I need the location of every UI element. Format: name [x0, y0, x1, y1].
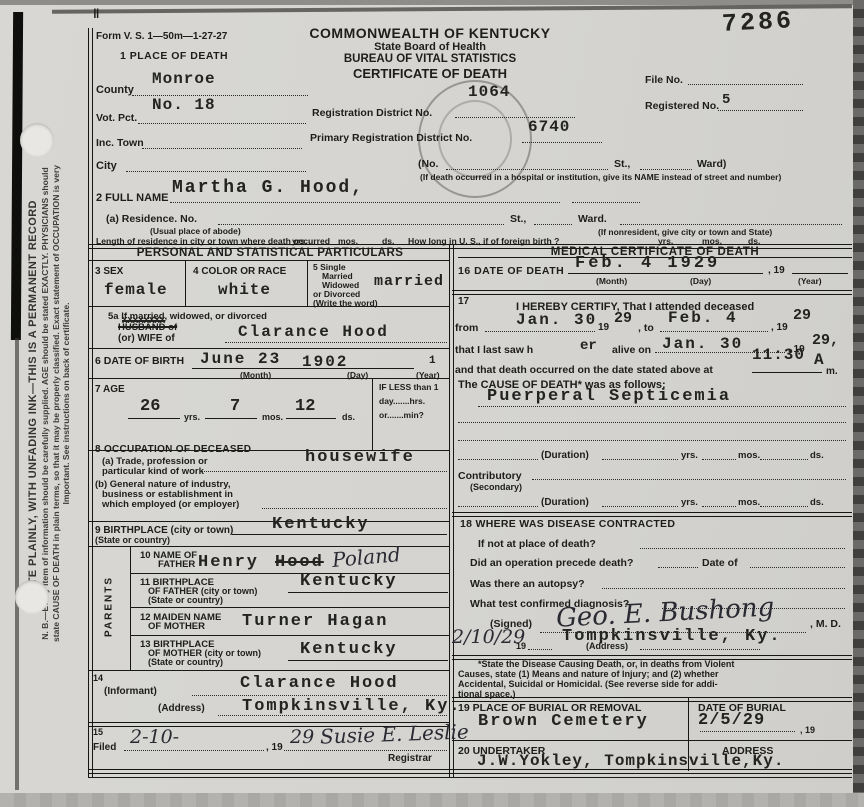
scan-bottom-edge: [0, 793, 864, 807]
informant-address-value: Tompkinsville, Ky.: [242, 697, 462, 716]
duration-ds-label: ds.: [810, 450, 824, 461]
md-label: , M. D.: [810, 618, 841, 630]
spouse-line: [225, 342, 447, 343]
contributory-label: Contributory: [458, 470, 522, 482]
last-saw-year-value: 29,: [812, 332, 839, 349]
cause-line-2: [458, 422, 846, 423]
filed-date-line: [124, 750, 264, 751]
margin-note-2: state CAUSE OF DEATH in plain terms, so …: [51, 0, 62, 807]
question-3-line: [602, 588, 845, 589]
parents-cell-divider: [130, 546, 131, 670]
from-label: from: [455, 322, 478, 334]
wife-of-label: (or) WIFE of: [118, 333, 175, 344]
parents-vertical-label: PARENTS: [104, 552, 115, 662]
duration2-lead-line: [458, 506, 538, 507]
mother-bp-line: [288, 660, 448, 661]
last-saw-er: er: [580, 338, 597, 354]
mother-maiden-label-2: OF MOTHER: [148, 621, 205, 632]
filed-year-handwritten: 29: [290, 726, 314, 748]
primary-reg-value: 6740: [528, 118, 570, 136]
burial-date-line: [700, 731, 795, 732]
scan-right-edge: [853, 0, 864, 807]
spouse-value: Clarance Hood: [238, 323, 389, 341]
occupation-value: housewife: [305, 448, 415, 467]
parents-rule-3: [130, 635, 450, 636]
city-no-label: (No.: [418, 158, 438, 170]
dod-year-line: [792, 273, 848, 274]
death-time-ampm: A: [814, 351, 824, 369]
age-years-value: 26: [140, 397, 160, 416]
birthplace-line: [232, 534, 447, 535]
footnote-line-1: *State the Disease Causing Death, or, in…: [478, 659, 734, 669]
residence-st-label: St.,: [510, 213, 526, 225]
marital-value: married: [374, 273, 444, 290]
dob-month-day: June 23: [200, 350, 281, 368]
margin-note-3: Important. See instructions on back of c…: [61, 0, 72, 807]
signed-19-line: [528, 649, 552, 650]
vot-pct-label: Vot. Pct.: [96, 112, 137, 124]
margin-note-1: N. B.—Every item of information should b…: [40, 0, 51, 807]
father-bp-value: Kentucky: [300, 572, 398, 591]
occupation-label: 8 OCCUPATION OF DECEASED: [95, 444, 251, 455]
from-value: Jan. 30: [516, 311, 597, 329]
duration2-yrs-line: [602, 506, 678, 507]
certificate-stamp-number: 7286: [721, 6, 794, 39]
city-label: City: [96, 160, 117, 172]
question-operation: Did an operation precede death?: [470, 557, 633, 569]
age-months-value: 7: [230, 397, 240, 416]
duration2-mos-label: mos.: [738, 497, 760, 508]
parents-rule-2: [130, 607, 450, 608]
rule-burial-undertaker: [452, 740, 852, 741]
mother-maiden-value: Turner Hagan: [242, 612, 388, 631]
county-label: County: [96, 84, 134, 96]
rule-below-5a: [88, 348, 450, 349]
dob-line: [192, 368, 414, 369]
residence-ward-label: Ward.: [578, 213, 607, 225]
duration-mos-line: [702, 459, 736, 460]
filed-label: Filed: [93, 742, 116, 753]
footnote-line-3: Accidental, Suicidal or Homicidal. (See …: [458, 679, 718, 689]
sex-color-divider: [185, 260, 186, 306]
last-saw-label-1: that I last saw h: [455, 344, 533, 356]
hospital-note: (If death occurred in a hospital or inst…: [420, 172, 781, 182]
cause-line-3: [458, 440, 846, 441]
age-ds-label: ds.: [342, 412, 355, 422]
sex-value: female: [104, 281, 168, 299]
rule-below-sex-row: [88, 306, 450, 307]
residence-label: (a) Residence. No.: [106, 213, 197, 225]
full-name-line2: [572, 202, 640, 203]
to-label: , to: [638, 322, 654, 334]
form-bottom-rule-2: [88, 777, 852, 778]
burial-19-label: , 19: [800, 725, 815, 735]
city-st-line: [640, 169, 692, 170]
dod-line: [568, 273, 763, 274]
question-autopsy: Was there an autopsy?: [470, 578, 585, 590]
dod-month-label: (Month): [596, 276, 627, 286]
if-less-line-2: day.......hrs.: [379, 396, 425, 406]
filed-19-label: , 19: [266, 742, 283, 753]
color-race-value: white: [218, 281, 271, 299]
personal-section-title: PERSONAL AND STATISTICAL PARTICULARS: [96, 247, 444, 259]
if-less-line-1: IF LESS than 1: [379, 382, 439, 392]
age-mos-line: [205, 418, 257, 419]
father-bp-line: [288, 592, 448, 593]
cause-of-death-value: Puerperal Septicemia: [487, 387, 731, 406]
rule-below-parents: [88, 670, 450, 671]
death-time-value: 11:30: [752, 346, 805, 364]
dod-value: Feb. 4 1929: [575, 254, 720, 273]
secondary-label: (Secondary): [470, 482, 522, 492]
form-left-border: [88, 28, 93, 778]
duration-yrs-line: [602, 459, 678, 460]
commonwealth-title: COMMONWEALTH OF KENTUCKY: [270, 25, 590, 41]
left-margin-instructions: WRITE PLAINLY, WITH UNFADING INK—THIS IS…: [22, 0, 88, 807]
informant-address-label: (Address): [158, 703, 205, 714]
age-mos-label: mos.: [262, 412, 283, 422]
dod-year-label: (Year): [798, 276, 822, 286]
occupation-b3: which employed (or employer): [102, 499, 239, 510]
death-certificate-scan: WRITE PLAINLY, WITH UNFADING INK—THIS IS…: [0, 0, 864, 807]
to-19-label: , 19: [771, 322, 788, 333]
physician-address-label: (Address): [586, 641, 628, 651]
dod-day-label: (Day): [690, 276, 711, 286]
date-of-line: [750, 567, 845, 568]
filed-number: 15: [93, 727, 103, 737]
occupation-a2: particular kind of work: [102, 466, 204, 477]
left-title-rule: [88, 260, 450, 261]
vot-pct-value: No. 18: [152, 96, 216, 114]
duration2-label: (Duration): [541, 497, 589, 508]
death-occurred-label: and that death occurred on the date stat…: [455, 364, 713, 376]
contributory-line: [532, 479, 846, 480]
footnote-line-2: Causes, state (1) Means and nature of In…: [458, 669, 719, 679]
dob-year-label: (Year): [416, 370, 440, 380]
burial-date-value: 2/5/29: [698, 711, 765, 730]
to-year-value: 29: [793, 307, 811, 324]
burial-place-value: Brown Cemetery: [478, 712, 649, 731]
duration2-ds-label: ds.: [810, 497, 824, 508]
top-mark: ‖: [93, 6, 99, 21]
last-saw-label-2: alive on: [612, 344, 651, 356]
filed-date-handwritten: 2-10-: [130, 726, 179, 748]
duration2-mos-line: [702, 506, 736, 507]
informant-address-line: [218, 715, 447, 716]
informant-label: (Informant): [104, 686, 157, 697]
cause-line-1: [478, 406, 846, 407]
nonresident-note: (If nonresident, give city or town and S…: [598, 227, 772, 237]
disease-contracted-label: 18 WHERE WAS DISEASE CONTRACTED: [460, 518, 675, 530]
age-days-value: 12: [295, 397, 315, 416]
age-ifless-divider: [372, 378, 373, 450]
question-2-line: [658, 567, 698, 568]
city-line: [126, 171, 306, 172]
occupation-b-line: [262, 508, 447, 509]
inc-town-label: Inc. Town: [96, 137, 144, 149]
informant-number: 14: [93, 673, 103, 683]
last-saw-value: Jan. 30: [662, 335, 743, 353]
father-name-label-2: FATHER: [158, 559, 195, 570]
rule-below-occupation: [88, 521, 450, 522]
informant-value: Clarance Hood: [240, 674, 399, 693]
city-st-label: St.,: [614, 158, 630, 170]
mother-bp-label-3: (State or country): [148, 657, 223, 667]
residence-ward-line: [620, 224, 842, 225]
dob-day-label: (Day): [347, 370, 368, 380]
from-year-value: 29: [614, 310, 632, 327]
dob-tail: 1: [429, 355, 436, 367]
full-name-label: 2 FULL NAME: [96, 192, 169, 204]
death-time-m-label: m.: [826, 366, 838, 377]
vot-pct-line: [138, 123, 306, 124]
parents-rule-1: [130, 573, 450, 574]
to-line: [660, 331, 768, 332]
primary-reg-label: Primary Registration District No.: [310, 132, 472, 144]
bureau-title: BUREAU OF VITAL STATISTICS: [270, 53, 590, 65]
undertaker-value: J.W.Yokley, Tompkinsville,Ky.: [477, 752, 784, 770]
file-no-line: [688, 84, 803, 85]
scan-left-line: [15, 338, 19, 790]
birthplace-note: (State or country): [95, 535, 170, 545]
physician-address-line: [640, 649, 760, 650]
age-yrs-label: yrs.: [184, 412, 200, 422]
margin-bold-line: WRITE PLAINLY, WITH UNFADING INK—THIS IS…: [26, 0, 40, 807]
from-19-label: 19: [598, 322, 609, 333]
father-struck-surname: Hood: [275, 553, 324, 572]
mother-bp-value: Kentucky: [300, 640, 398, 659]
father-first-name: Henry: [198, 553, 259, 572]
punch-hole-top: [20, 123, 54, 157]
color-marital-divider: [307, 260, 308, 306]
inc-town-line: [142, 148, 302, 149]
marital-line-5: (Write the word): [313, 298, 378, 308]
informant-line: [192, 695, 447, 696]
age-label: 7 AGE: [95, 384, 125, 395]
duration-lead-line: [458, 459, 538, 460]
registered-no-line: [718, 110, 803, 111]
certify-number: 17: [458, 296, 469, 307]
rule-above-18: [452, 512, 852, 517]
place-of-death-label: 1 PLACE OF DEATH: [120, 50, 228, 62]
sex-label: 3 SEX: [95, 266, 123, 277]
dob-label: 6 DATE OF BIRTH: [95, 355, 184, 367]
from-line: [485, 331, 595, 332]
registrar-label: Registrar: [388, 753, 432, 764]
dob-month-label: (Month): [240, 370, 271, 380]
question-not-at-place: If not at place of death?: [478, 538, 596, 550]
death-time-line: [752, 372, 822, 373]
county-value: Monroe: [152, 70, 216, 88]
if-less-line-3: or.......min?: [379, 410, 424, 420]
abode-note: (Usual place of abode): [150, 226, 241, 236]
signed-19-label: 19: [516, 641, 526, 651]
full-name-line: [170, 202, 560, 203]
city-no-line: [446, 169, 608, 170]
color-race-label: 4 COLOR OR RACE: [193, 266, 286, 277]
duration2-ds-line: [760, 506, 808, 507]
reg-district-label: Registration District No.: [312, 107, 432, 119]
footnote-line-4: tional space.): [458, 689, 516, 699]
dod-19-label: , 19: [768, 265, 785, 276]
full-name-value: Martha G. Hood,: [172, 178, 364, 198]
punch-hole-bottom: [15, 580, 49, 614]
registered-no-value: 5: [722, 92, 730, 108]
dod-label: 16 DATE OF DEATH: [458, 265, 564, 277]
signed-date-handwritten: 2/10/29: [452, 626, 525, 648]
question-1-line: [640, 548, 845, 549]
residence-st-line: [534, 224, 572, 225]
registrar-signature-line: [284, 750, 447, 751]
to-value: Feb. 4: [668, 309, 738, 327]
husband-of-label: HUSBAND of: [118, 322, 177, 333]
date-of-label: Date of: [702, 557, 738, 569]
age-ds-line: [286, 418, 336, 419]
primary-reg-line: [522, 142, 602, 143]
duration-label: (Duration): [541, 450, 589, 461]
occupation-a-line: [200, 471, 447, 472]
duration2-yrs-label: yrs.: [681, 497, 698, 508]
father-bp-label-3: (State or country): [148, 595, 223, 605]
age-yrs-line: [128, 418, 180, 419]
rule-below-dod: [452, 290, 852, 295]
duration-mos-label: mos.: [738, 450, 760, 461]
state-board-title: State Board of Health: [270, 41, 590, 53]
city-ward-label: Ward): [697, 158, 726, 170]
certificate-title: CERTIFICATE OF DEATH: [270, 66, 590, 81]
form-number: Form V. S. 1—50m—1-27-27: [96, 31, 227, 42]
birthplace-value: Kentucky: [272, 515, 370, 534]
file-no-label: File No.: [645, 74, 683, 86]
duration-ds-line: [760, 459, 808, 460]
residence-line: [218, 224, 504, 225]
duration-yrs-label: yrs.: [681, 450, 698, 461]
registered-no-label: Registered No.: [645, 100, 719, 112]
